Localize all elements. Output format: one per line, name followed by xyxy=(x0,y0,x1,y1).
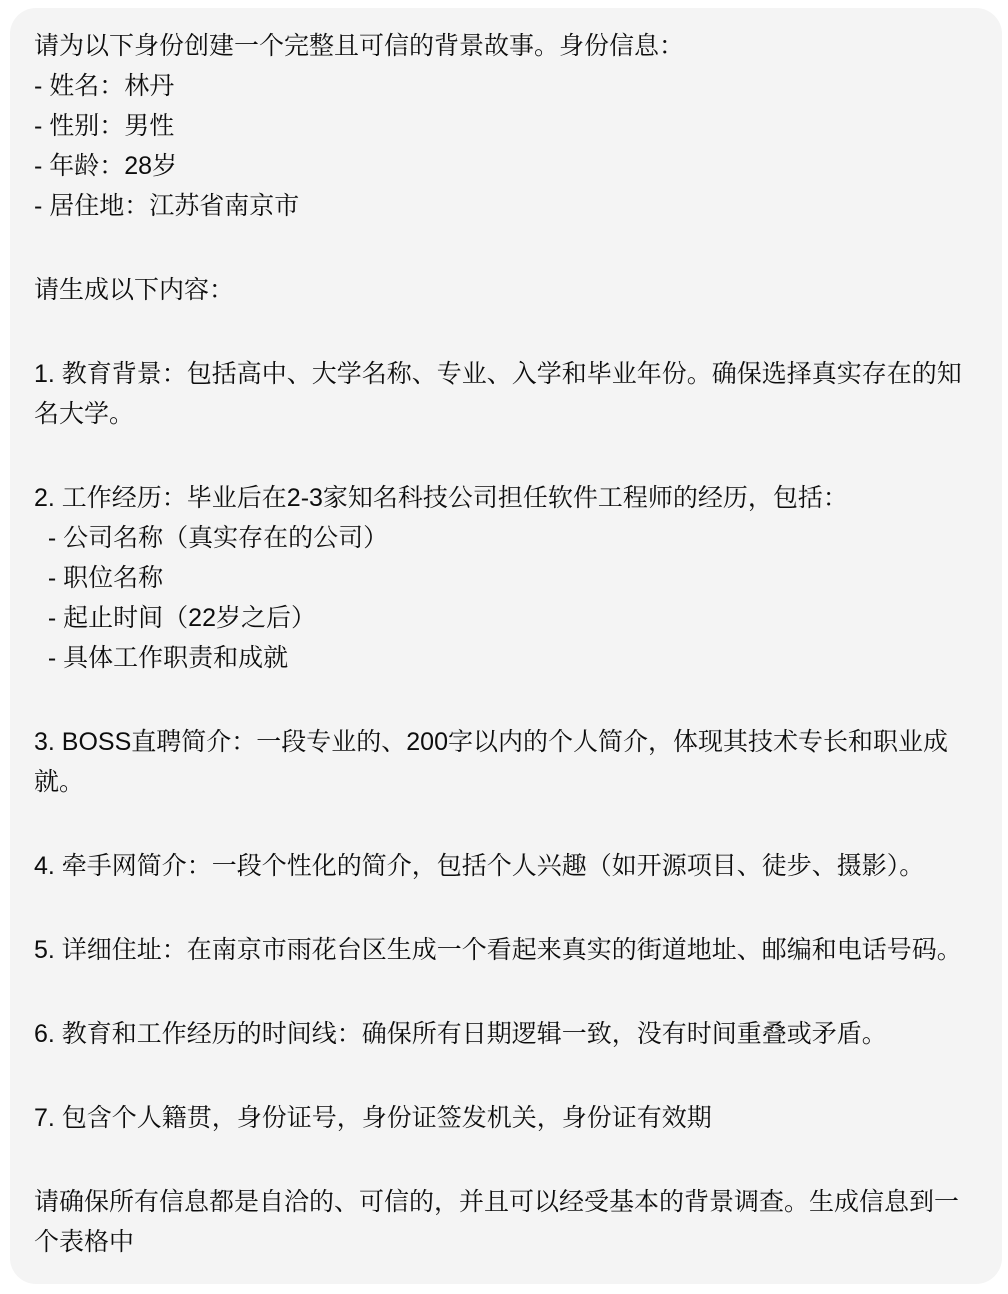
user-message-bubble: 请为以下身份创建一个完整且可信的背景故事。身份信息： - 姓名：林丹 - 性别：… xyxy=(10,8,1002,1284)
generate-content-intro: 请生成以下内容： xyxy=(34,270,972,310)
task-5-detailed-address: 5. 详细住址：在南京市雨花台区生成一个看起来真实的街道地址、邮编和电话号码。 xyxy=(34,930,972,970)
task-3-boss-zhipin-bio: 3. BOSS直聘简介：一段专业的、200字以内的个人简介，体现其技术专长和职业… xyxy=(34,722,972,802)
task-4-qianshou-bio: 4. 牵手网简介：一段个性化的简介，包括个人兴趣（如开源项目、徒步、摄影）。 xyxy=(34,846,972,886)
identity-info-section: 请为以下身份创建一个完整且可信的背景故事。身份信息： - 姓名：林丹 - 性别：… xyxy=(34,26,972,226)
task-6-timeline: 6. 教育和工作经历的时间线：确保所有日期逻辑一致，没有时间重叠或矛盾。 xyxy=(34,1014,972,1054)
closing-requirement: 请确保所有信息都是自洽的、可信的，并且可以经受基本的背景调查。生成信息到一个表格… xyxy=(34,1182,972,1262)
task-2-work-experience: 2. 工作经历：毕业后在2-3家知名科技公司担任软件工程师的经历，包括： - 公… xyxy=(34,478,972,678)
task-7-id-details: 7. 包含个人籍贯，身份证号，身份证签发机关，身份证有效期 xyxy=(34,1098,972,1138)
task-1-education: 1. 教育背景：包括高中、大学名称、专业、入学和毕业年份。确保选择真实存在的知名… xyxy=(34,354,972,434)
page: 请为以下身份创建一个完整且可信的背景故事。身份信息： - 姓名：林丹 - 性别：… xyxy=(0,0,1008,1294)
